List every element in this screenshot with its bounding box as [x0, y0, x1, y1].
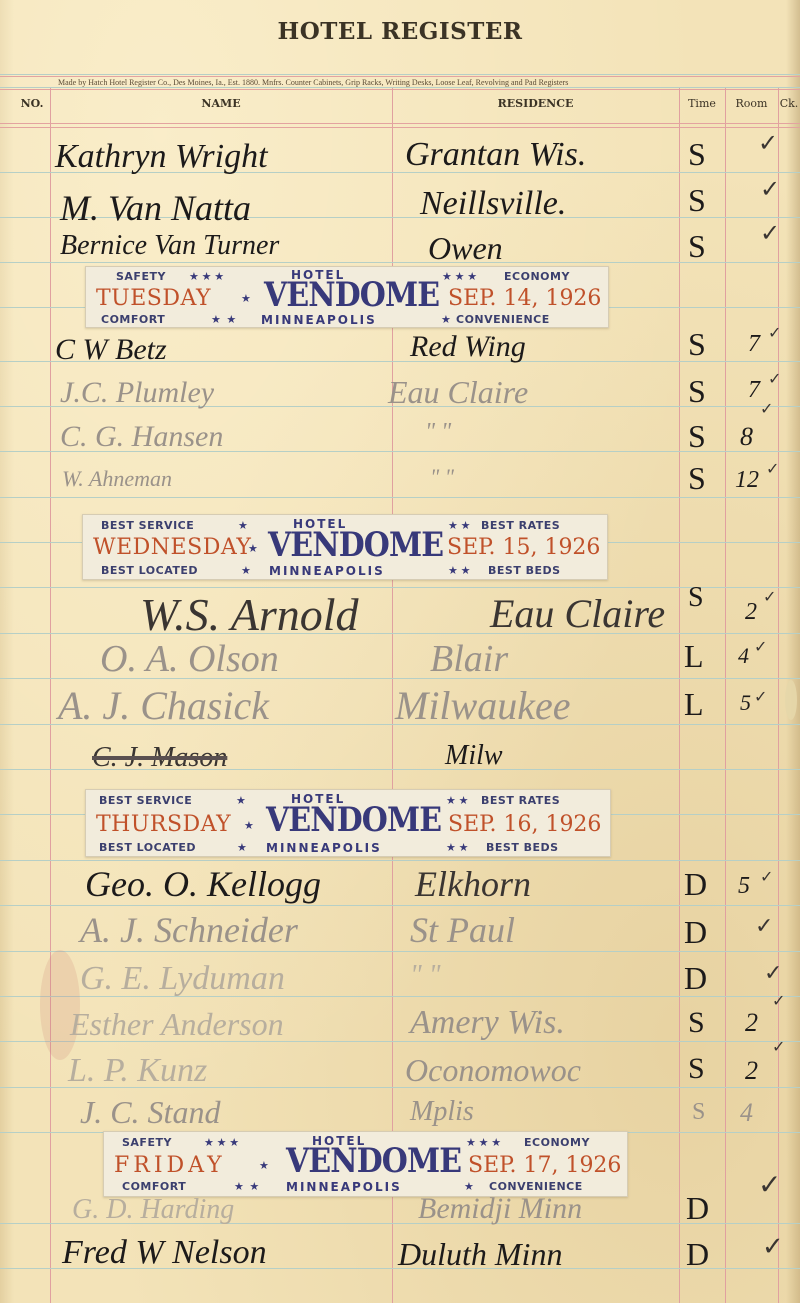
check-mark: ✓ [755, 915, 773, 937]
stamp-day: FRIDAY [114, 1153, 226, 1178]
time-code: L [684, 688, 704, 720]
room-number: 2 [745, 1010, 758, 1036]
tear-mark [785, 680, 797, 720]
check-mark: ✓ [754, 690, 767, 706]
stamp-date: SEP. 17, 1926 [468, 1153, 621, 1178]
check-mark: ✓ [762, 1234, 784, 1260]
stamp-bottom-right: BEST BEDS [486, 841, 559, 854]
guest-name: M. Van Natta [60, 190, 251, 226]
guest-name: L. P. Kunz [68, 1054, 207, 1088]
stamp-brand: VENDOME [264, 275, 439, 315]
guest-residence: Oconomowoc [405, 1054, 581, 1086]
room-number: 7 [748, 332, 760, 356]
guest-residence: Duluth Minn [398, 1238, 562, 1270]
guest-name: C. J. Mason [92, 744, 227, 772]
time-code: S [692, 1100, 705, 1124]
stamp-brand: VENDOME [266, 800, 441, 840]
guest-residence: " " [410, 962, 441, 990]
column-header-no: NO. [14, 97, 50, 110]
stamp-bottom-left: COMFORT [101, 313, 165, 326]
guest-name: G. E. Lyduman [80, 962, 285, 996]
guest-residence: Eau Claire [388, 376, 528, 408]
time-code: L [684, 640, 704, 672]
date-stamp-friday: SAFETY ★ ★ ★ FRIDAY ★ COMFORT ★ ★ HOTEL … [103, 1131, 628, 1197]
room-number: 8 [740, 424, 753, 450]
check-mark: ✓ [764, 962, 782, 984]
time-code: S [688, 462, 706, 494]
guest-name: W.S. Arnold [140, 592, 359, 638]
guest-name: W. Ahneman [62, 468, 172, 490]
stamp-day: THURSDAY [96, 812, 231, 837]
check-mark: ✓ [760, 178, 780, 202]
stamp-city: MINNEAPOLIS [261, 313, 377, 327]
page-title: HOTEL REGISTER [0, 18, 800, 45]
guest-residence: Bemidji Minn [418, 1194, 582, 1224]
guest-residence: Milwaukee [395, 686, 571, 726]
guest-residence: Amery Wis. [410, 1006, 565, 1040]
guest-residence: St Paul [410, 912, 515, 948]
room-number: 2 [745, 1058, 758, 1084]
room-number: 5 [740, 692, 751, 714]
guest-residence: Eau Claire [490, 594, 665, 634]
maker-line: Made by Hatch Hotel Register Co., Des Mo… [58, 78, 568, 87]
guest-name: J.C. Plumley [60, 378, 214, 408]
guest-residence: " " [430, 466, 454, 488]
guest-residence: Blair [430, 640, 508, 678]
stamp-date: SEP. 16, 1926 [448, 812, 601, 837]
stamp-top-left: SAFETY [116, 270, 166, 283]
check-mark: ✓ [760, 402, 773, 418]
stamp-brand: VENDOME [286, 1141, 461, 1181]
rule-line [0, 262, 800, 263]
time-code: S [688, 584, 704, 612]
time-code: S [688, 375, 706, 407]
stamp-brand: VENDOME [268, 525, 443, 565]
star-icon: ★ [241, 564, 251, 577]
stamp-top-right: BEST RATES [481, 519, 560, 532]
rule-line [0, 860, 800, 861]
guest-name: Bernice Van Turner [60, 232, 279, 260]
rule-line [0, 633, 800, 634]
stamp-top-left: BEST SERVICE [99, 794, 192, 807]
star-icon: ★ [237, 841, 247, 854]
room-number: 7 [748, 378, 760, 402]
guest-name: Fred W Nelson [62, 1236, 267, 1270]
star-icon: ★ ★ ★ [466, 1136, 501, 1149]
guest-residence: Owen [428, 232, 503, 264]
stamp-top-right: ECONOMY [524, 1136, 590, 1149]
star-icon: ★ ★ [446, 841, 468, 854]
guest-name: Esther Anderson [70, 1008, 284, 1040]
rule-line [0, 76, 800, 77]
date-stamp-wednesday: BEST SERVICE ★ WEDNESDAY ★ BEST LOCATED … [82, 514, 608, 580]
guest-name: J. C. Stand [80, 1096, 220, 1128]
star-icon: ★ [238, 519, 248, 532]
rule-line [0, 127, 800, 128]
star-icon: ★ [236, 794, 246, 807]
guest-name: G. D. Harding [72, 1196, 234, 1224]
guest-name: C W Betz [55, 335, 167, 365]
star-icon: ★ ★ [448, 519, 470, 532]
check-mark: ✓ [760, 870, 773, 886]
star-icon: ★ [248, 542, 258, 555]
time-code: S [688, 328, 706, 360]
room-number: 12 [735, 468, 759, 492]
column-header-name: NAME [50, 97, 392, 110]
guest-residence: Elkhorn [415, 866, 531, 902]
room-number: 4 [738, 645, 749, 667]
guest-residence: Grantan Wis. [405, 138, 586, 172]
check-mark: ✓ [763, 590, 776, 606]
rule-line [0, 74, 800, 75]
stamp-bottom-left: COMFORT [122, 1180, 186, 1193]
time-code: D [686, 1238, 709, 1270]
time-code: D [686, 1192, 709, 1224]
guest-name: A. J. Schneider [80, 912, 298, 948]
star-icon: ★ ★ [448, 564, 470, 577]
room-number: 4 [740, 1100, 753, 1126]
check-mark: ✓ [768, 372, 781, 388]
date-stamp-tuesday: SAFETY ★ ★ ★ TUESDAY ★ COMFORT ★ ★ HOTEL… [85, 266, 609, 328]
rule-line [0, 951, 800, 952]
star-icon: ★ ★ ★ [442, 270, 477, 283]
rule-line [0, 905, 800, 906]
stamp-city: MINNEAPOLIS [266, 841, 382, 855]
column-header-ck: Ck. [778, 97, 800, 110]
column-divider-room [778, 88, 779, 1303]
check-mark: ✓ [758, 1172, 781, 1200]
stamp-day: TUESDAY [96, 286, 211, 311]
stamp-bottom-right: CONVENIENCE [456, 313, 550, 326]
star-icon: ★ [244, 819, 254, 832]
stamp-date: SEP. 14, 1926 [448, 286, 601, 311]
star-icon: ★ ★ ★ [189, 270, 224, 283]
guest-residence: Neillsville. [420, 187, 566, 221]
star-icon: ★ [241, 292, 251, 305]
time-code: S [688, 138, 706, 170]
stamp-bottom-right: BEST BEDS [488, 564, 561, 577]
check-mark: ✓ [772, 1040, 785, 1056]
stamp-top-left: BEST SERVICE [101, 519, 194, 532]
column-divider-residence [679, 88, 680, 1303]
rule-line [0, 87, 800, 88]
room-number: 5 [738, 874, 750, 898]
column-header-room: Room [725, 97, 778, 110]
room-number: 2 [745, 600, 757, 624]
stamp-bottom-left: BEST LOCATED [99, 841, 196, 854]
rule-line [0, 89, 800, 90]
star-icon: ★ ★ [446, 794, 468, 807]
stamp-top-right: ECONOMY [504, 270, 570, 283]
rule-line [0, 123, 800, 124]
check-mark: ✓ [754, 640, 767, 656]
star-icon: ★ ★ [234, 1180, 259, 1193]
star-icon: ★ ★ ★ [204, 1136, 239, 1149]
check-mark: ✓ [768, 326, 781, 342]
stamp-city: MINNEAPOLIS [286, 1180, 402, 1194]
stamp-day: WEDNESDAY [93, 535, 251, 560]
column-divider-time [725, 88, 726, 1303]
stain [40, 950, 80, 1060]
star-icon: ★ [259, 1159, 269, 1172]
time-code: S [688, 1054, 705, 1084]
stamp-date: SEP. 15, 1926 [447, 535, 600, 560]
check-mark: ✓ [772, 994, 785, 1010]
time-code: S [688, 420, 706, 452]
column-header-residence: RESIDENCE [392, 97, 679, 110]
guest-name: A. J. Chasick [58, 686, 269, 726]
column-header-time: Time [679, 97, 725, 110]
time-code: D [684, 962, 707, 994]
time-code: D [684, 868, 707, 900]
time-code: D [684, 916, 707, 948]
time-code: S [688, 184, 706, 216]
guest-residence: Mplis [410, 1098, 474, 1126]
rule-line [0, 587, 800, 588]
stamp-top-right: BEST RATES [481, 794, 560, 807]
column-divider-no [50, 88, 51, 1303]
star-icon: ★ ★ [211, 313, 236, 326]
check-mark: ✓ [760, 222, 780, 246]
guest-residence: Red Wing [410, 332, 526, 362]
guest-name: Kathryn Wright [55, 140, 268, 174]
stamp-top-left: SAFETY [122, 1136, 172, 1149]
time-code: S [688, 1008, 705, 1038]
guest-name: Geo. O. Kellogg [85, 866, 321, 902]
guest-name: C. G. Hansen [60, 422, 223, 452]
check-mark: ✓ [766, 462, 779, 478]
guest-residence: " " [425, 420, 451, 444]
rule-line [0, 497, 800, 498]
stamp-bottom-left: BEST LOCATED [101, 564, 198, 577]
check-mark: ✓ [758, 132, 778, 156]
guest-residence: Milw [445, 742, 503, 770]
time-code: S [688, 230, 706, 262]
stamp-city: MINNEAPOLIS [269, 564, 385, 578]
guest-name: O. A. Olson [100, 640, 279, 678]
date-stamp-thursday: BEST SERVICE ★ THURSDAY ★ BEST LOCATED ★… [85, 789, 611, 857]
star-icon: ★ [441, 313, 451, 326]
